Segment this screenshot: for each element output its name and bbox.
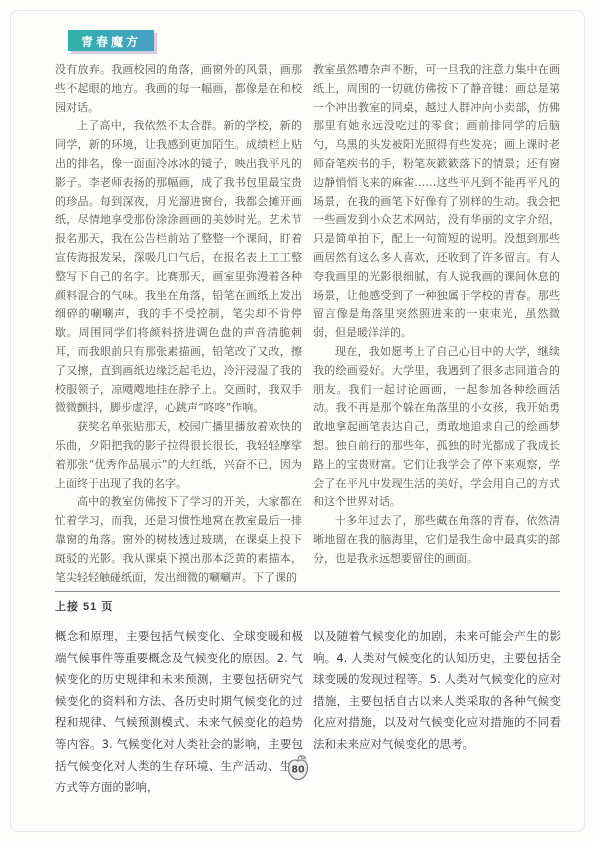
story-paragraph: 获奖名单张贴那天，校园广播里播放着欢快的乐曲，夕阳把我的影子拉得很长很长，我轻轻… (55, 418, 302, 493)
continuation-column-right: 以及随着气候变化的加剧，未来可能会产生的影响。4. 人类对气候变化的认知历史，主… (313, 626, 561, 756)
story-paragraph: 现在，我如愿考上了自己心目中的大学，继续我的绘画爱好。大学里，我遇到了很多志同道… (313, 343, 560, 512)
continuation-text: 以及随着气候变化的加剧，未来可能会产生的影响。4. 人类对气候变化的认知历史，主… (313, 626, 561, 756)
story-paragraph: 高中的教室仿佛按下了学习的开关，大家都在忙着学习，而我，还是习惯性地窝在教室最后… (55, 493, 302, 587)
story-paragraph: 没有放弃。我画校园的角落，画窗外的风景，画那些不起眼的地方。我画的每一幅画，都像… (55, 61, 302, 117)
continued-from-label: 上接 51 页 (55, 598, 113, 614)
apple-icon: 80 (285, 753, 311, 783)
page-number: 80 (291, 765, 305, 776)
section-badge-label: 青春魔方 (81, 33, 141, 50)
section-divider (55, 591, 560, 592)
story-paragraph: 上了高中，我依然不太合群。新的学校，新的同学，新的环境，让我感到更加陌生。成绩栏… (55, 117, 302, 418)
story-paragraph: 教室虽然嘈杂声不断，可一旦我的注意力集中在画纸上，周围的一切就仿佛按下了静音键：… (313, 61, 560, 343)
continuation-column-left: 概念和原理，主要包括气候变化、全球变暖和极端气候事件等重要概念及气候变化的原因。… (55, 626, 303, 799)
story-column-left: 没有放弃。我画校园的角落，画窗外的风景，画那些不起眼的地方。我画的每一幅画，都像… (55, 61, 302, 587)
section-badge: 青春魔方 (68, 30, 154, 51)
story-paragraph: 十多年过去了，那些藏在角落的青春，依然清晰地留在我的脑海里，它们是我生命中最真实… (313, 512, 560, 568)
page-number-badge: 80 (285, 753, 311, 783)
story-column-right: 教室虽然嘈杂声不断，可一旦我的注意力集中在画纸上，周围的一切就仿佛按下了静音键：… (313, 61, 560, 569)
magazine-page: { "header": { "badge_label": "青春魔方", "ba… (0, 0, 595, 842)
continuation-text: 概念和原理，主要包括气候变化、全球变暖和极端气候事件等重要概念及气候变化的原因。… (55, 626, 303, 799)
